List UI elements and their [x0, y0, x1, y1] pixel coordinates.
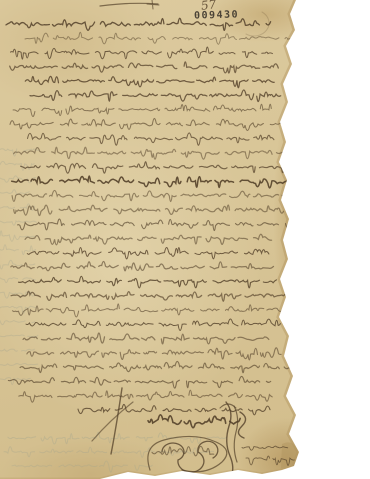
scanned-document: 57 009430 — [0, 0, 370, 479]
stamp-number: 009430 — [194, 9, 239, 21]
manuscript-ink — [0, 0, 302, 479]
manuscript-page: 57 009430 — [0, 0, 302, 479]
